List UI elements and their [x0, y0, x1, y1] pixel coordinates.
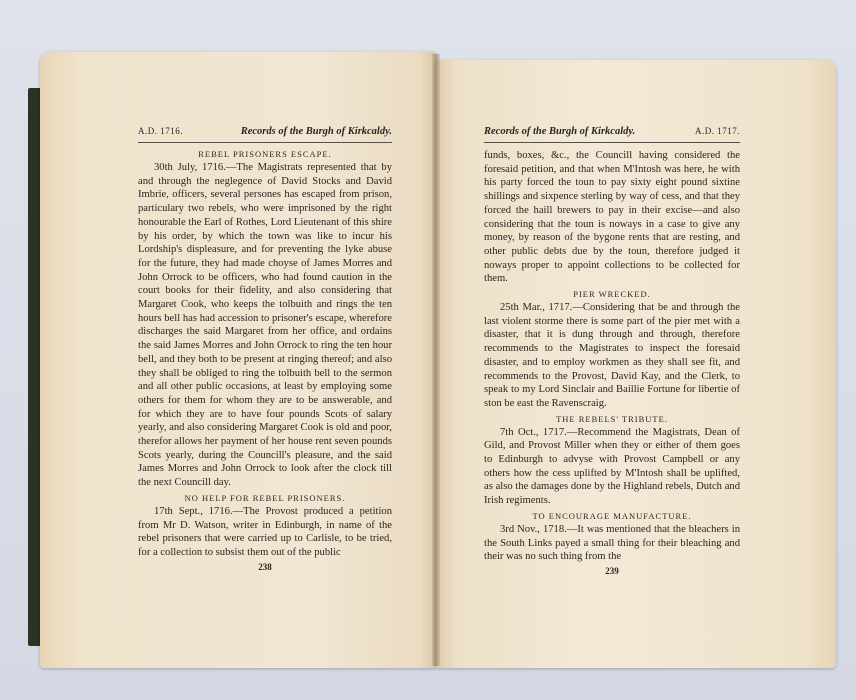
page-number: 239 — [484, 566, 740, 576]
running-head-title: Records of the Burgh of Kirkcaldy. — [484, 126, 635, 137]
running-head-left: A.D. 1716. Records of the Burgh of Kirkc… — [138, 126, 392, 143]
section-text: 30th July, 1716.—The Magistrats represen… — [138, 161, 392, 490]
running-head-year: A.D. 1717. — [695, 126, 740, 136]
right-page-text: Records of the Burgh of Kirkcaldy. A.D. … — [484, 126, 740, 576]
left-page-text: A.D. 1716. Records of the Burgh of Kirkc… — [138, 126, 392, 572]
section-heading: REBEL PRISONERS ESCAPE. — [138, 149, 392, 159]
page-number: 238 — [138, 562, 392, 572]
section-text: 17th Sept., 1716.—The Provost produced a… — [138, 505, 392, 560]
section-text: 7th Oct., 1717.—Recommend the Magistrats… — [484, 426, 740, 508]
continuation-text: funds, boxes, &c., the Councill having c… — [484, 149, 740, 286]
section-heading: NO HELP FOR REBEL PRISONERS. — [138, 493, 392, 503]
book-gutter — [432, 54, 440, 666]
running-head-right: Records of the Burgh of Kirkcaldy. A.D. … — [484, 126, 740, 143]
section-text: 3rd Nov., 1718.—It was mentioned that th… — [484, 523, 740, 564]
section-heading: THE REBELS' TRIBUTE. — [484, 414, 740, 424]
section-heading: TO ENCOURAGE MANUFACTURE. — [484, 511, 740, 521]
section-text: 25th Mar., 1717.—Considering that be and… — [484, 301, 740, 411]
section-heading: PIER WRECKED. — [484, 289, 740, 299]
running-head-title: Records of the Burgh of Kirkcaldy. — [241, 126, 392, 137]
running-head-year: A.D. 1716. — [138, 126, 183, 136]
